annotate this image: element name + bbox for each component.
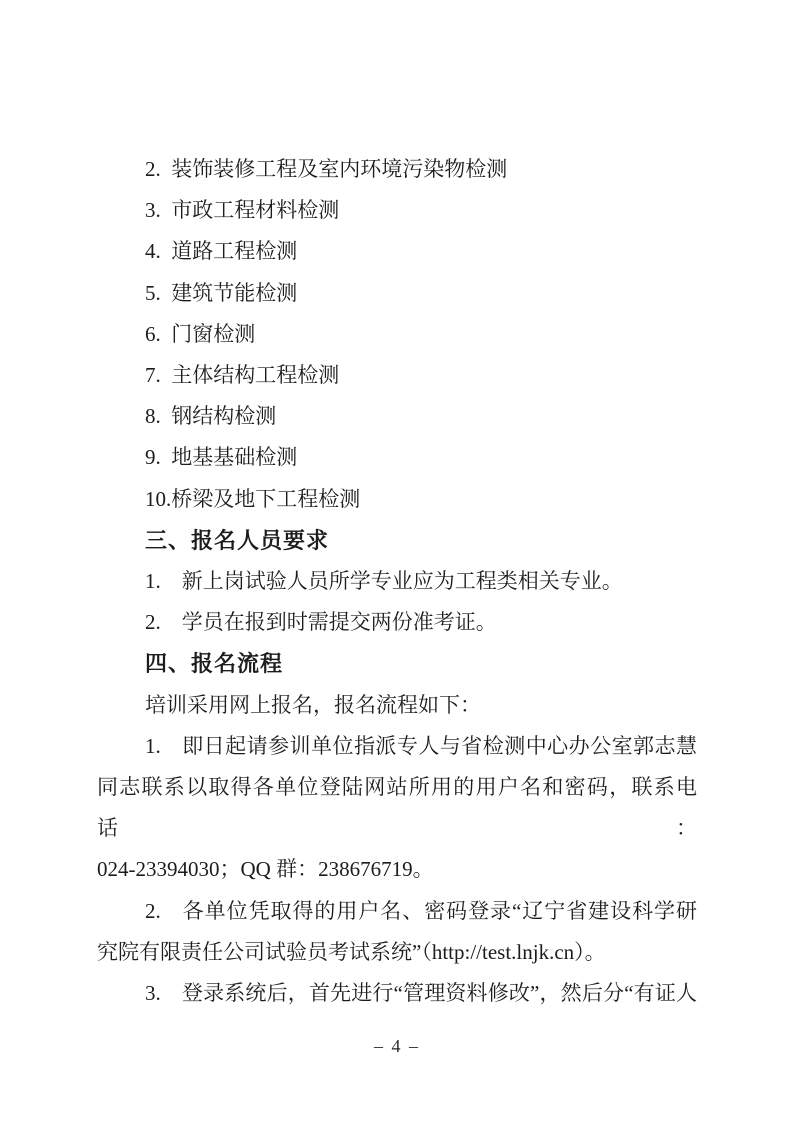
list-item-2: 2. 装饰装修工程及室内环境污染物检测: [97, 149, 697, 190]
list-item-8: 8. 钢结构检测: [97, 396, 697, 437]
document-body: 2. 装饰装修工程及室内环境污染物检测 3. 市政工程材料检测 4. 道路工程检…: [97, 149, 697, 1014]
step-2-line-2-url: 究院有限责任公司试验员考试系统”（http://test.lnjk.cn）。: [97, 932, 697, 973]
page-number: – 4 –: [0, 1036, 794, 1057]
requirement-item-1: 1. 新上岗试验人员所学专业应为工程类相关专业。: [97, 561, 697, 602]
list-item-10: 10.桥梁及地下工程检测: [97, 479, 697, 520]
requirement-item-2: 2. 学员在报到时需提交两份准考证。: [97, 602, 697, 643]
list-item-7: 7. 主体结构工程检测: [97, 355, 697, 396]
section-heading-4: 四、报名流程: [97, 643, 697, 684]
list-item-6: 6. 门窗检测: [97, 314, 697, 355]
list-item-3: 3. 市政工程材料检测: [97, 190, 697, 231]
list-item-5: 5. 建筑节能检测: [97, 273, 697, 314]
paragraph-intro: 培训采用网上报名，报名流程如下：: [97, 685, 697, 726]
step-1-line-1: 1. 即日起请参训单位指派专人与省检测中心办公室郭志慧: [97, 726, 697, 767]
step-1-line-3-contacts: 024-23394030；QQ 群：238676719。: [97, 849, 697, 890]
step-3-line-1: 3. 登录系统后，首先进行“管理资料修改”，然后分“有证人: [97, 973, 697, 1014]
step-2-line-1: 2. 各单位凭取得的用户名、密码登录“辽宁省建设科学研: [97, 891, 697, 932]
list-item-4: 4. 道路工程检测: [97, 231, 697, 272]
document-page: 2. 装饰装修工程及室内环境污染物检测 3. 市政工程材料检测 4. 道路工程检…: [0, 0, 794, 1123]
step-1-line-2: 同志联系以取得各单位登陆网站所用的用户名和密码，联系电话：: [97, 767, 697, 849]
list-item-9: 9. 地基基础检测: [97, 437, 697, 478]
section-heading-3: 三、报名人员要求: [97, 520, 697, 561]
